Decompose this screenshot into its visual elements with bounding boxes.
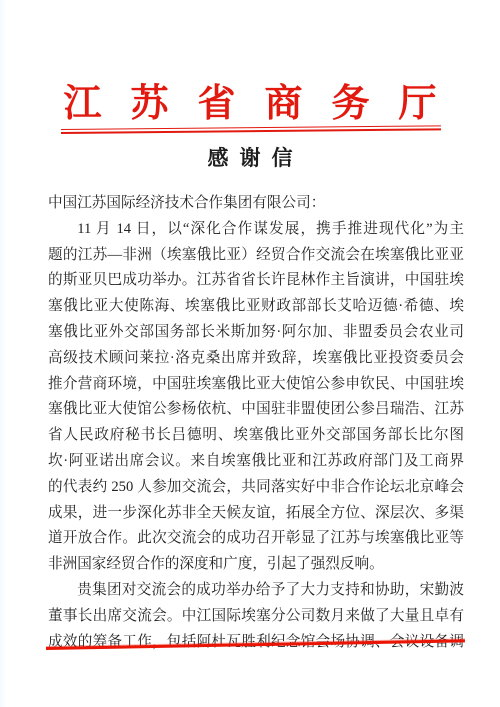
body-line: 11 月 14 日，以“深化合作谋发展，携手推进现代化”为主 bbox=[48, 217, 464, 243]
body-line: 中国江苏国际经济技术合作集团有限公司： bbox=[48, 191, 464, 217]
body-line: 贵集团对交流会的成功举办给予了大力支持和协助，宋勤波 bbox=[48, 578, 464, 604]
body-line: 董事长出席交流会。中江国际埃塞分公司数月来做了大量且卓有 bbox=[48, 604, 464, 630]
body-line: 省人民政府秘书长吕德明、埃塞俄比亚外交部国务部长比尔图 bbox=[48, 423, 464, 449]
body-line: 非洲国家经贸合作的深度和广度，引起了强烈反响。 bbox=[48, 552, 464, 578]
body-line: 塞俄比亚大使馆公参杨依杭、中国驻非盟使团公参吕瑞浩、江苏 bbox=[48, 397, 464, 423]
body-line: 题的江苏—非洲（埃塞俄比亚）经贸合作交流会在埃塞俄比亚亚 bbox=[48, 243, 464, 269]
scanned-letter-page: 江苏省商务厅 感谢信 中国江苏国际经济技术合作集团有限公司：11 月 14 日，… bbox=[0, 0, 500, 707]
body-line: 推介营商环境，中国驻埃塞俄比亚大使馆公参申钦民、中国驻埃 bbox=[48, 372, 464, 398]
body-line: 高级技术顾问莱拉·洛克桑出席并致辞，埃塞俄比亚投资委员会 bbox=[48, 346, 464, 372]
letterhead-agency-name: 江苏省商务厅 bbox=[0, 72, 500, 127]
body-line: 成果，进一步深化苏非全天候友谊，拓展全方位、深层次、多渠 bbox=[48, 501, 464, 527]
letter-body: 中国江苏国际经济技术合作集团有限公司：11 月 14 日，以“深化合作谋发展，携… bbox=[48, 191, 464, 655]
body-line: 塞俄比亚外交部国务部长米斯加努·阿尔加、非盟委员会农业司 bbox=[48, 320, 464, 346]
document-title: 感谢信 bbox=[0, 142, 500, 172]
body-line: 的斯亚贝巴成功举办。江苏省省长许昆林作主旨演讲，中国驻埃 bbox=[48, 268, 464, 294]
body-line: 的代表约 250 人参加交流会，共同落实好中非合作论坛北京峰会 bbox=[48, 475, 464, 501]
body-line: 塞俄比亚大使陈海、埃塞俄比亚财政部部长艾哈迈德·希德、埃 bbox=[48, 294, 464, 320]
body-line: 坎·阿亚诺出席会议。来自埃塞俄比亚和江苏政府部门及工商界 bbox=[48, 449, 464, 475]
body-line: 道开放合作。此次交流会的成功召开彰显了江苏与埃塞俄比亚等 bbox=[48, 526, 464, 552]
